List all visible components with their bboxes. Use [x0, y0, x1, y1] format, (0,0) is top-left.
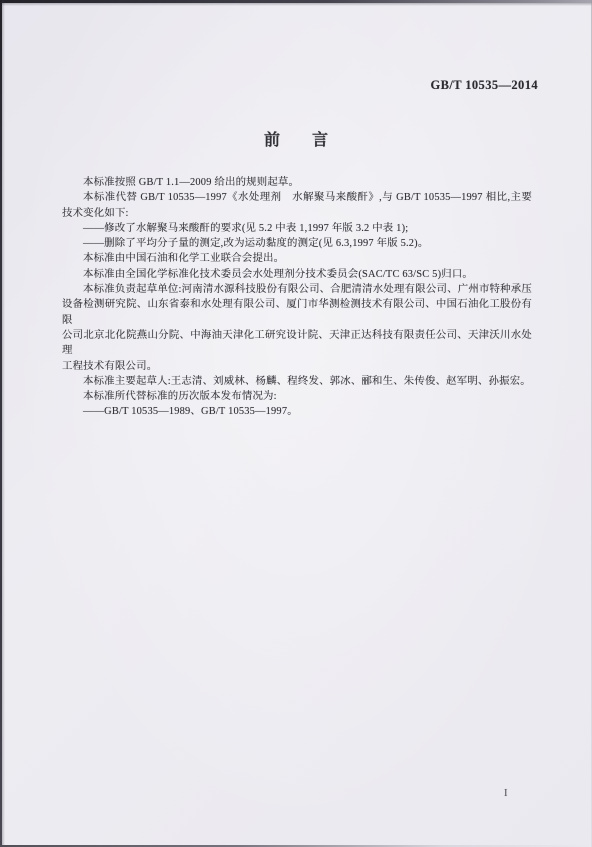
text-line: ——删除了平均分子量的测定,改为运动黏度的测定(见 6.3,1997 年版 5.…: [62, 236, 532, 251]
text-line: 本标准主要起草人:王志清、刘威林、杨麟、程终发、郭冰、郦和生、朱传俊、赵军明、孙…: [62, 374, 532, 389]
text-line: 本标准所代替标准的历次版本发布情况为:: [62, 389, 532, 404]
text-line: 工程技术有限公司。: [62, 359, 532, 374]
text-line: ——修改了水解聚马来酸酐的要求(见 5.2 中表 1,1997 年版 3.2 中…: [62, 221, 532, 236]
text-line: 本标准由中国石油和化学工业联合会提出。: [62, 251, 532, 266]
text-line: 本标准由全国化学标准化技术委员会水处理剂分技术委员会(SAC/TC 63/SC …: [62, 267, 532, 282]
text-line: 技术变化如下:: [62, 206, 532, 221]
text-line: ——GB/T 10535—1989、GB/T 10535—1997。: [62, 404, 532, 419]
page-title: 前 言: [0, 127, 592, 150]
text-line: 本标准代替 GB/T 10535—1997《水处理剂 水解聚马来酸酐》,与 GB…: [62, 190, 532, 205]
text-line: 本标准按照 GB/T 1.1—2009 给出的规则起草。: [62, 175, 532, 190]
body-text: 本标准按照 GB/T 1.1—2009 给出的规则起草。本标准代替 GB/T 1…: [62, 175, 532, 420]
standard-number-header: GB/T 10535—2014: [430, 78, 538, 93]
scanned-document-page: { "page": { "header": { "standard_number…: [0, 0, 592, 847]
text-line: 本标准负责起草单位:河南清水源科技股份有限公司、合肥清清水处理有限公司、广州市特…: [62, 282, 532, 297]
page-number: I: [504, 788, 508, 799]
text-line: 设备检测研究院、山东省泰和水处理有限公司、厦门市华测检测技术有限公司、中国石油化…: [62, 297, 532, 328]
scan-edge-top-shadow: [0, 3, 592, 6]
text-line: 公司北京北化院燕山分院、中海油天津化工研究设计院、天津正达科技有限责任公司、天津…: [62, 328, 532, 359]
